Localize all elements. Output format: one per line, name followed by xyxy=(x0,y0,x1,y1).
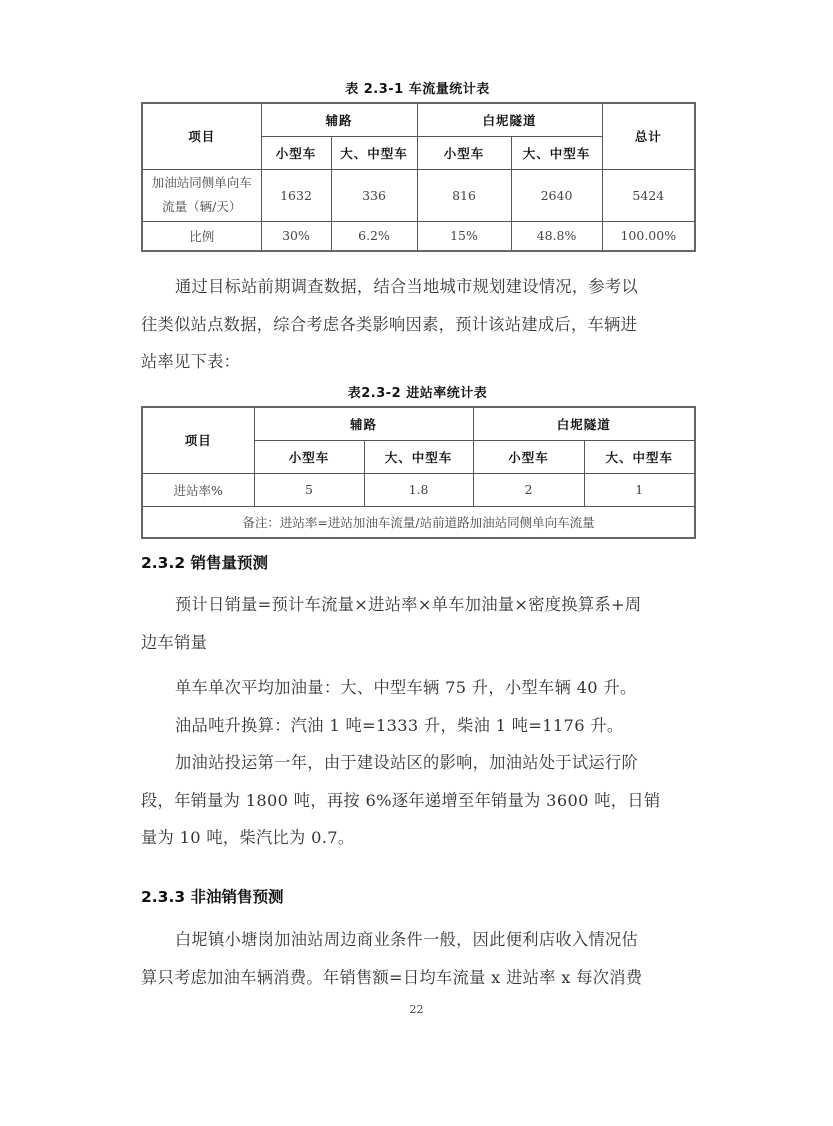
cell: 30% xyxy=(261,221,331,251)
table-row: 进站率% 5 1.8 2 1 xyxy=(142,473,695,506)
section-heading-2-3-3: 2.3.3 非油销售预测 xyxy=(141,885,284,907)
header-sub: 大、中型车 xyxy=(331,136,417,169)
cell: 816 xyxy=(417,169,511,221)
cell: 2640 xyxy=(511,169,602,221)
document-page: 表 2.3-1 车流量统计表 项目 辅路 白坭隧道 总计 小型车 大、中型车 小… xyxy=(0,0,833,1126)
table1-caption: 表 2.3-1 车流量统计表 xyxy=(141,78,694,97)
text-line: 加油站投运第一年，由于建设站区的影响，加油站处于试运行阶 xyxy=(141,744,694,782)
text-line: 边车销量 xyxy=(141,624,694,662)
cell: 48.8% xyxy=(511,221,602,251)
header-total: 总计 xyxy=(602,103,695,169)
cell: 1.8 xyxy=(364,473,473,506)
table-note: 备注：进站率=进站加油车流量/站前道路加油站同侧单向车流量 xyxy=(142,506,695,538)
cell: 5424 xyxy=(602,169,695,221)
text-line: 站率见下表： xyxy=(141,343,694,381)
page-number: 22 xyxy=(0,1003,833,1016)
entry-rate-table: 项目 辅路 白坭隧道 小型车 大、中型车 小型车 大、中型车 进站率% 5 1.… xyxy=(141,406,696,539)
cell: 2 xyxy=(473,473,584,506)
header-sub: 大、中型车 xyxy=(511,136,602,169)
header-sub: 小型车 xyxy=(473,440,584,473)
section-heading-2-3-2: 2.3.2 销售量预测 xyxy=(141,551,268,573)
paragraph-sales-forecast: 预计日销量=预计车流量×进站率×单车加油量×密度换算系+周 边车销量 xyxy=(141,586,694,661)
row-label: 进站率% xyxy=(142,473,254,506)
header-group-auxiliary-road: 辅路 xyxy=(261,103,417,136)
row-label-line: 加油站同侧单向车 xyxy=(143,171,261,195)
cell: 1632 xyxy=(261,169,331,221)
header-sub: 小型车 xyxy=(261,136,331,169)
table-row: 比例 30% 6.2% 15% 48.8% 100.00% xyxy=(142,221,695,251)
text-line: 量为 10 吨，柴汽比为 0.7。 xyxy=(141,819,694,857)
table2-caption: 表2.3-2 进站率统计表 xyxy=(141,382,694,401)
header-group-tunnel: 白坭隧道 xyxy=(417,103,602,136)
cell: 100.00% xyxy=(602,221,695,251)
cell: 5 xyxy=(254,473,364,506)
cell: 1 xyxy=(584,473,695,506)
text-line: 预计日销量=预计车流量×进站率×单车加油量×密度换算系+周 xyxy=(141,586,694,624)
header-group-tunnel: 白坭隧道 xyxy=(473,407,695,440)
row-label: 加油站同侧单向车 流量（辆/天） xyxy=(142,169,261,221)
row-label: 比例 xyxy=(142,221,261,251)
cell: 336 xyxy=(331,169,417,221)
paragraph-fuel-per-vehicle: 单车单次平均加油量：大、中型车辆 75 升，小型车辆 40 升。 油品吨升换算：… xyxy=(141,669,694,857)
text-line: 油品吨升换算：汽油 1 吨=1333 升，柴油 1 吨=1176 升。 xyxy=(141,707,694,745)
header-item: 项目 xyxy=(142,407,254,473)
header-group-auxiliary-road: 辅路 xyxy=(254,407,473,440)
table-row: 加油站同侧单向车 流量（辆/天） 1632 336 816 2640 5424 xyxy=(142,169,695,221)
text-line: 往类似站点数据，综合考虑各类影响因素，预计该站建成后，车辆进 xyxy=(141,306,694,344)
table-note-row: 备注：进站率=进站加油车流量/站前道路加油站同侧单向车流量 xyxy=(142,506,695,538)
cell: 6.2% xyxy=(331,221,417,251)
header-sub: 大、中型车 xyxy=(584,440,695,473)
header-sub: 小型车 xyxy=(417,136,511,169)
header-item: 项目 xyxy=(142,103,261,169)
text-line: 算只考虑加油车辆消费。年销售额=日均车流量 x 进站率 x 每次消费 xyxy=(141,959,694,997)
cell: 15% xyxy=(417,221,511,251)
header-sub: 小型车 xyxy=(254,440,364,473)
text-line: 通过目标站前期调查数据，结合当地城市规划建设情况，参考以 xyxy=(141,268,694,306)
paragraph-intro: 通过目标站前期调查数据，结合当地城市规划建设情况，参考以 往类似站点数据，综合考… xyxy=(141,268,694,381)
traffic-flow-table: 项目 辅路 白坭隧道 总计 小型车 大、中型车 小型车 大、中型车 加油站同侧单… xyxy=(141,102,696,252)
text-line: 段，年销量为 1800 吨，再按 6%逐年递增至年销量为 3600 吨，日销 xyxy=(141,782,694,820)
text-line: 白坭镇小塘岗加油站周边商业条件一般，因此便利店收入情况估 xyxy=(141,921,694,959)
header-sub: 大、中型车 xyxy=(364,440,473,473)
row-label-line: 流量（辆/天） xyxy=(143,195,261,219)
text-line: 单车单次平均加油量：大、中型车辆 75 升，小型车辆 40 升。 xyxy=(141,669,694,707)
paragraph-non-oil-sales: 白坭镇小塘岗加油站周边商业条件一般，因此便利店收入情况估 算只考虑加油车辆消费。… xyxy=(141,921,694,996)
